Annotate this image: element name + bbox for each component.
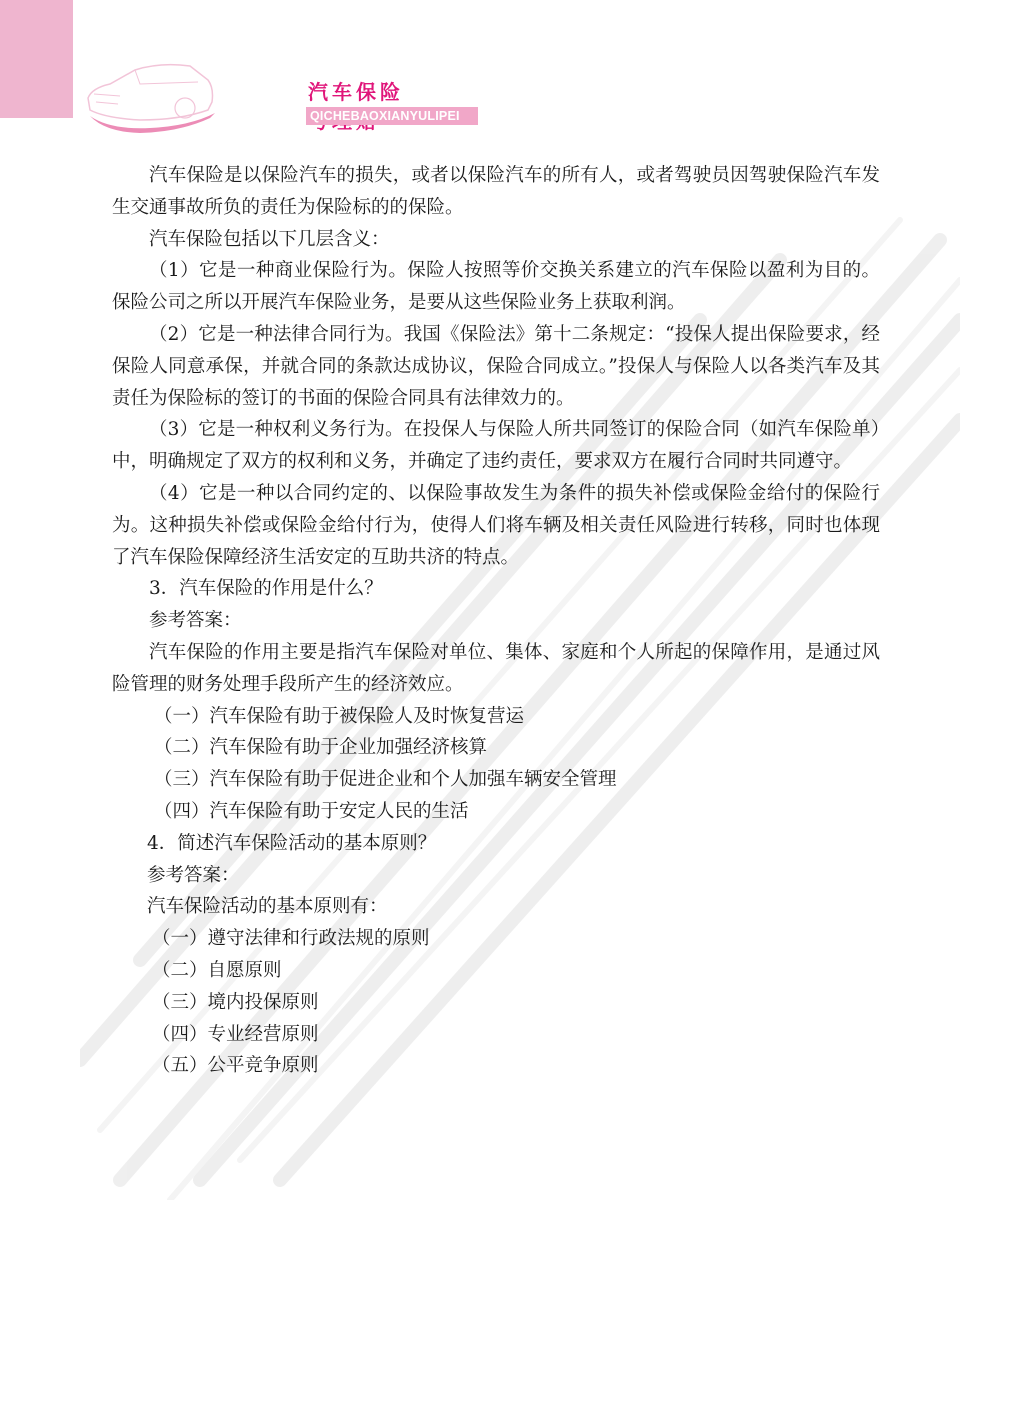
list-item: （四）专业经营原则: [112, 1019, 880, 1051]
meaning-paragraph: （3）它是一种权利义务行为。在投保人与保险人所共同签订的保险合同（如汽车保险单）…: [112, 414, 880, 478]
question-heading: 3．汽车保险的作用是什么？: [112, 573, 880, 605]
sidebar-color-block: [0, 0, 73, 118]
answer-paragraph: 汽车保险的作用主要是指汽车保险对单位、集体、家庭和个人所起的保障作用，是通过风险…: [112, 637, 880, 701]
list-item: （二）汽车保险有助于企业加强经济核算: [112, 732, 880, 764]
question-heading: 4．简述汽车保险活动的基本原则？: [112, 828, 880, 860]
list-item: （五）公平竞争原则: [112, 1050, 880, 1082]
meaning-paragraph: （4）它是一种以合同约定的、以保险事故发生为条件的损失补偿或保险金给付的保险行为…: [112, 478, 880, 573]
book-pinyin-label: QICHEBAOXIANYULIPEI: [306, 107, 478, 125]
book-header: 汽车保险与理赔 QICHEBAOXIANYULIPEI: [80, 58, 410, 133]
list-item: （四）汽车保险有助于安定人民的生活: [112, 796, 880, 828]
intro-paragraph: 汽车保险是以保险汽车的损失，或者以保险汽车的所有人，或者驾驶员因驾驶保险汽车发生…: [112, 160, 880, 224]
meaning-lead: 汽车保险包括以下几层含义：: [112, 224, 880, 256]
list-item: （二）自愿原则: [112, 955, 880, 987]
meaning-paragraph: （1）它是一种商业保险行为。保险人按照等价交换关系建立的汽车保险以盈利为目的。保…: [112, 255, 880, 319]
list-item: （一）遵守法律和行政法规的原则: [112, 923, 880, 955]
answer-label: 参考答案：: [112, 605, 880, 637]
list-item: （一）汽车保险有助于被保险人及时恢复营运: [112, 701, 880, 733]
list-item: （三）境内投保原则: [112, 987, 880, 1019]
list-item: （三）汽车保险有助于促进企业和个人加强车辆安全管理: [112, 764, 880, 796]
meaning-paragraph: （2）它是一种法律合同行为。我国《保险法》第十二条规定：“投保人提出保险要求，经…: [112, 319, 880, 414]
document-body: 汽车保险是以保险汽车的损失，或者以保险汽车的所有人，或者驾驶员因驾驶保险汽车发生…: [112, 160, 880, 1082]
book-title: 汽车保险与理赔: [308, 76, 410, 134]
answer-label: 参考答案：: [112, 860, 880, 892]
answer-lead: 汽车保险活动的基本原则有：: [112, 891, 880, 923]
car-illustration-icon: [80, 58, 220, 133]
